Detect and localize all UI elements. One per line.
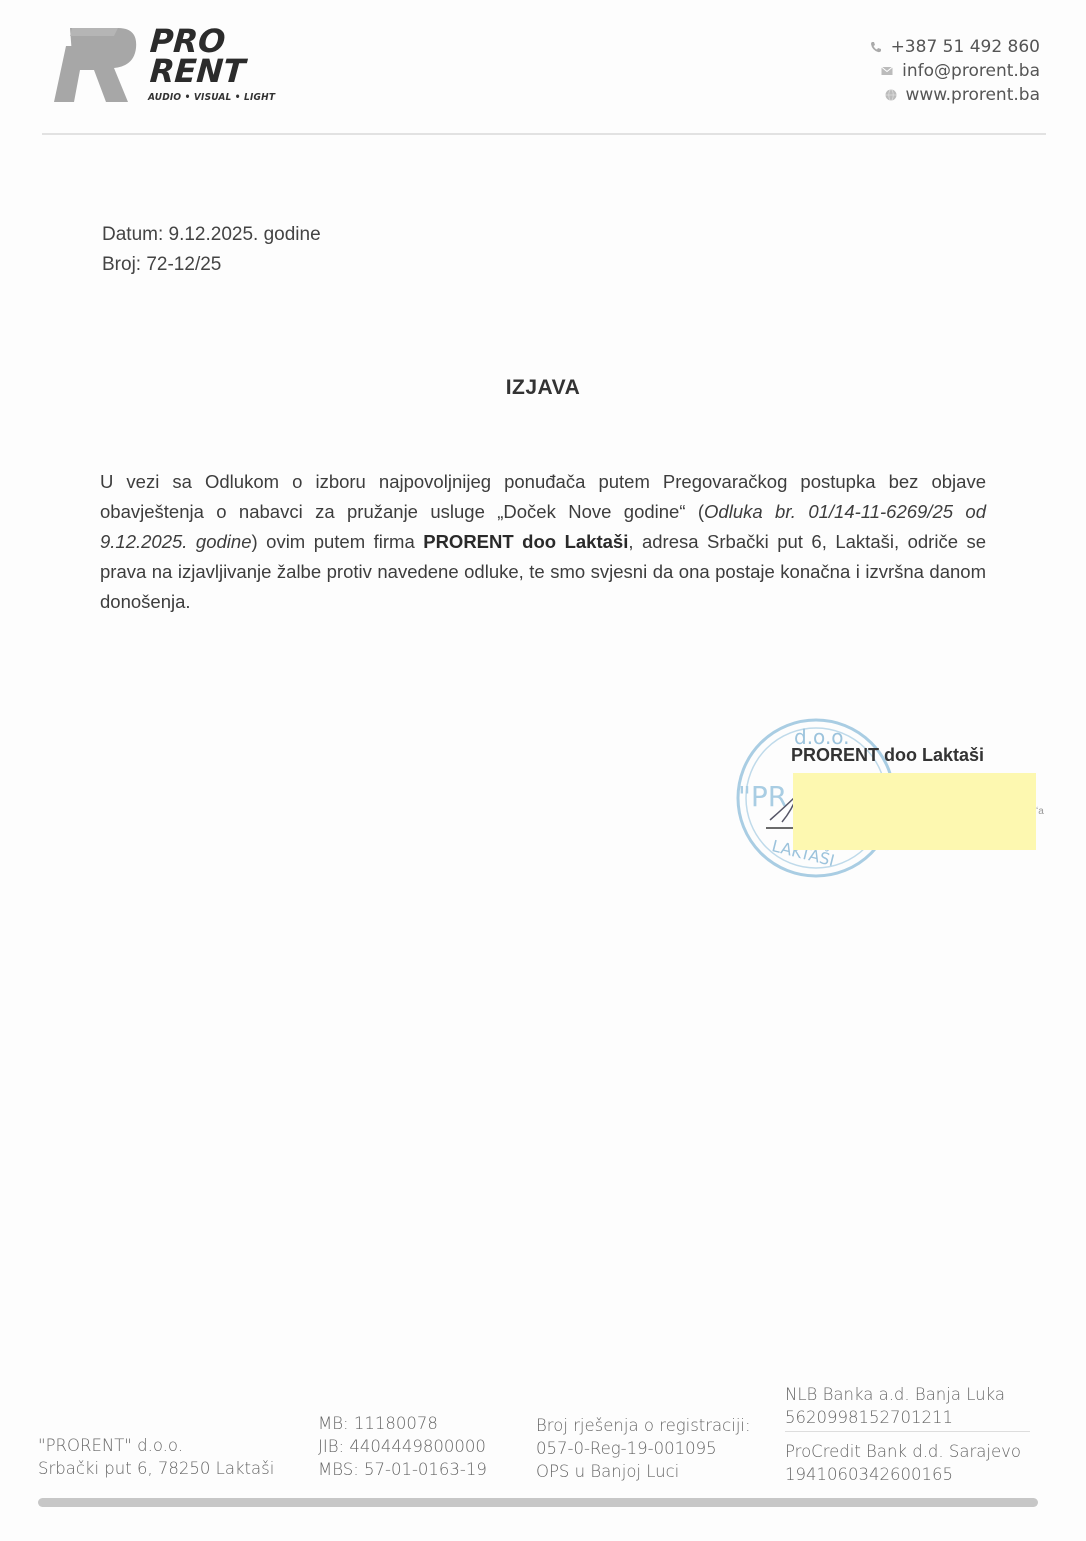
footer-banks: NLB Banka a.d. Banja Luka 56209981527012… (785, 1383, 1030, 1486)
company-name: PRORENT doo Laktaši (423, 531, 628, 552)
footer-company: "PRORENT" d.o.o. Srbački put 6, 78250 La… (38, 1434, 274, 1480)
logo-wordmark: PRO RENT (150, 26, 245, 86)
contact-website: www.prorent.ba (869, 83, 1040, 107)
document-title: IZJAVA (0, 376, 1086, 400)
signature-redaction (793, 773, 1036, 850)
contact-email: info@prorent.ba (869, 59, 1040, 83)
mail-icon (880, 64, 894, 78)
footer-ids: MB: 11180078 JIB: 4404449800000 MBS: 57-… (318, 1412, 487, 1481)
logo-tagline: AUDIO • VISUAL • LIGHT (148, 92, 275, 103)
logo-mark (52, 24, 140, 106)
date-line: Datum: 9.12.2025. godine (102, 220, 321, 250)
globe-icon (884, 88, 898, 102)
scan-mark: ʻa (1036, 806, 1044, 817)
phone-icon (869, 40, 883, 54)
document-meta: Datum: 9.12.2025. godine Broj: 72-12/25 (102, 220, 321, 280)
signature-company: PRORENT doo Laktaši (791, 745, 984, 766)
contact-phone: +387 51 492 860 (869, 35, 1040, 59)
header-divider (42, 133, 1046, 135)
number-line: Broj: 72-12/25 (102, 250, 321, 280)
footer-bar (38, 1498, 1038, 1507)
bank-divider (785, 1431, 1030, 1432)
svg-text:"PR: "PR (738, 780, 787, 813)
statement-body: U vezi sa Odlukom o izboru najpovoljnije… (100, 467, 986, 617)
bank-nlb: NLB Banka a.d. Banja Luka 56209981527012… (785, 1383, 1030, 1429)
bank-procredit: ProCredit Bank d.d. Sarajevo 19410603426… (785, 1440, 1030, 1486)
contact-block: +387 51 492 860 info@prorent.ba www.pror… (869, 35, 1040, 107)
footer-registration: Broj rješenja o registraciji: 057-0-Reg-… (536, 1414, 751, 1483)
